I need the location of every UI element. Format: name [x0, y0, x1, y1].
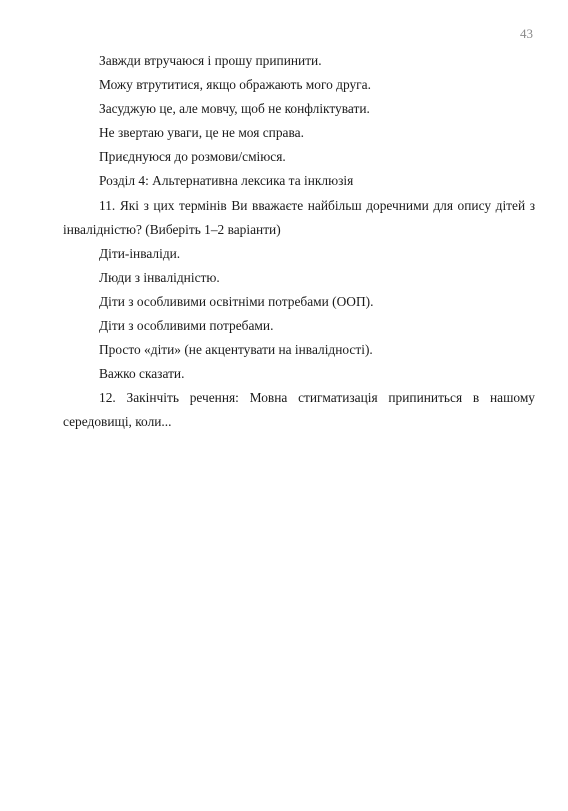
answer-option-intervene-for-friend: Можу втрутитися, якщо ображають мого дру… — [63, 73, 535, 97]
question-11: 11. Які з цих термінів Ви вважаєте найбі… — [63, 194, 535, 242]
answer-option-special-needs: Діти з особливими потребами. — [63, 314, 535, 338]
answer-option-ignore: Не звертаю уваги, це не моя справа. — [63, 121, 535, 145]
answer-option-just-children: Просто «діти» (не акцентувати на інвалід… — [63, 338, 535, 362]
section-heading: Розділ 4: Альтернативна лексика та інклю… — [63, 169, 535, 193]
answer-option-condemn-silently: Засуджую це, але мовчу, щоб не конфлікту… — [63, 97, 535, 121]
answer-option-hard-to-say: Важко сказати. — [63, 362, 535, 386]
page-number: 43 — [520, 26, 533, 42]
answer-option-always-intervene: Завжди втручаюся і прошу припинити. — [63, 49, 535, 73]
answer-option-special-educational-needs: Діти з особливими освітніми потребами (О… — [63, 290, 535, 314]
document-body: Завжди втручаюся і прошу припинити. Можу… — [63, 49, 535, 435]
question-12: 12. Закінчіть речення: Мовна стигматизац… — [63, 386, 535, 434]
answer-option-people-with-disability: Люди з інвалідністю. — [63, 266, 535, 290]
answer-option-disabled-children: Діти-інваліди. — [63, 242, 535, 266]
answer-option-join-in: Приєднуюся до розмови/сміюся. — [63, 145, 535, 169]
